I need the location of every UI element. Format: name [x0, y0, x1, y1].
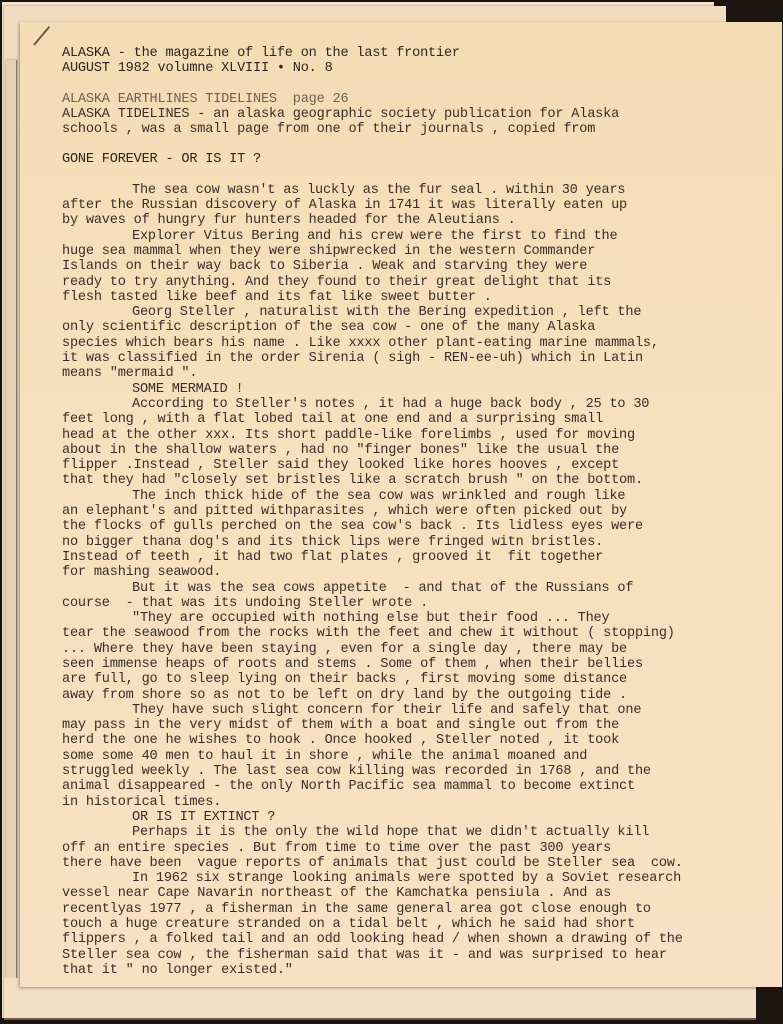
- article-line: Steller sea cow , the fisherman said tha…: [62, 948, 762, 963]
- article-line: some some 40 men to haul it in shore , w…: [62, 749, 762, 764]
- article-line: tear the seawood from the rocks with the…: [62, 626, 762, 641]
- article-line: ready to try anything. And they found to…: [62, 275, 762, 290]
- article-line: may pass in the very midst of them with …: [62, 718, 762, 733]
- article-line: for mashing seawood.: [62, 565, 762, 580]
- article-line: flesh tasted like beef and its fat like …: [62, 290, 762, 305]
- source-line-1: ALASKA EARTHLINES TIDELINES page 26: [62, 92, 762, 107]
- document-content: ALASKA - the magazine of life on the las…: [62, 46, 762, 978]
- article-line: Instead of teeth , it had two flat plate…: [62, 550, 762, 565]
- article-line: away from shore so as not to be left on …: [62, 688, 762, 703]
- article-line: there have been vague reports of animals…: [62, 856, 762, 871]
- article-line: feet long , with a flat lobed tail at on…: [62, 412, 762, 427]
- article-line: no bigger thana dog's and its thick lips…: [62, 535, 762, 550]
- article-line: are full, go to sleep lying on their bac…: [62, 672, 762, 687]
- article-line: But it was the sea cows appetite - and t…: [62, 581, 762, 596]
- article-line: herd the one he wishes to hook . Once ho…: [62, 733, 762, 748]
- article-line: ... Where they have been staying , even …: [62, 642, 762, 657]
- page-stack-edge: [6, 60, 17, 1010]
- article-line: huge sea mammal when they were shipwreck…: [62, 244, 762, 259]
- article-line: after the Russian discovery of Alaska in…: [62, 198, 762, 213]
- article-line: species which bears his name . Like xxxx…: [62, 336, 762, 351]
- article-line: "They are occupied with nothing else but…: [62, 611, 762, 626]
- article-line: that they had "closely set bristles like…: [62, 473, 762, 488]
- article-line: off an entire species . But from time to…: [62, 841, 762, 856]
- article-line: animal disappeared - the only North Paci…: [62, 779, 762, 794]
- article-line: SOME MERMAID !: [62, 382, 762, 397]
- article-line: flipper .Instead , Steller said they loo…: [62, 458, 762, 473]
- article-body: The sea cow wasn't as luckly as the fur …: [62, 183, 762, 978]
- article-line: The inch thick hide of the sea cow was w…: [62, 489, 762, 504]
- article-line: about in the shallow waters , had no "fi…: [62, 443, 762, 458]
- article-line: The sea cow wasn't as luckly as the fur …: [62, 183, 762, 198]
- article-line: means "mermaid ".: [62, 366, 762, 381]
- article-line: course - that was its undoing Steller wr…: [62, 596, 762, 611]
- article-line: flippers , a folked tail and an odd look…: [62, 932, 762, 947]
- article-line: In 1962 six strange looking animals were…: [62, 871, 762, 886]
- article-line: it was classified in the order Sirenia (…: [62, 351, 762, 366]
- article-line: OR IS IT EXTINCT ?: [62, 810, 762, 825]
- source-line-2: ALASKA TIDELINES - an alaska geographic …: [62, 107, 762, 122]
- article-line: Islands on their way back to Siberia . W…: [62, 259, 762, 274]
- article-line: seen immense heaps of roots and stems . …: [62, 657, 762, 672]
- article-title: GONE FOREVER - OR IS IT ?: [62, 152, 762, 167]
- staple-icon: [33, 26, 50, 46]
- article-line: in historical times.: [62, 795, 762, 810]
- article-line: Perhaps it is the only the wild hope tha…: [62, 825, 762, 840]
- article-line: Georg Steller , naturalist with the Beri…: [62, 305, 762, 320]
- article-line: struggled weekly . The last sea cow kill…: [62, 764, 762, 779]
- article-line: the flocks of gulls perched on the sea c…: [62, 519, 762, 534]
- masthead-line-1: ALASKA - the magazine of life on the las…: [62, 46, 762, 61]
- source-line-3: schools , was a small page from one of t…: [62, 122, 762, 137]
- article-line: touch a huge creature stranded on a tida…: [62, 917, 762, 932]
- article-line: recentlyas 1977 , a fisherman in the sam…: [62, 902, 762, 917]
- article-line: vessel near Cape Navarin northeast of th…: [62, 886, 762, 901]
- article-line: only scientific description of the sea c…: [62, 320, 762, 335]
- masthead-line-2: AUGUST 1982 volumne XLVIII • No. 8: [62, 61, 762, 76]
- article-line: According to Steller's notes , it had a …: [62, 397, 762, 412]
- article-line: Explorer Vitus Bering and his crew were …: [62, 229, 762, 244]
- article-line: by waves of hungry fur hunters headed fo…: [62, 213, 762, 228]
- article-line: an elephant's and pitted withparasites ,…: [62, 504, 762, 519]
- article-line: They have such slight concern for their …: [62, 703, 762, 718]
- article-line: that it " no longer existed.": [62, 963, 762, 978]
- article-line: head at the other xxx. Its short paddle-…: [62, 428, 762, 443]
